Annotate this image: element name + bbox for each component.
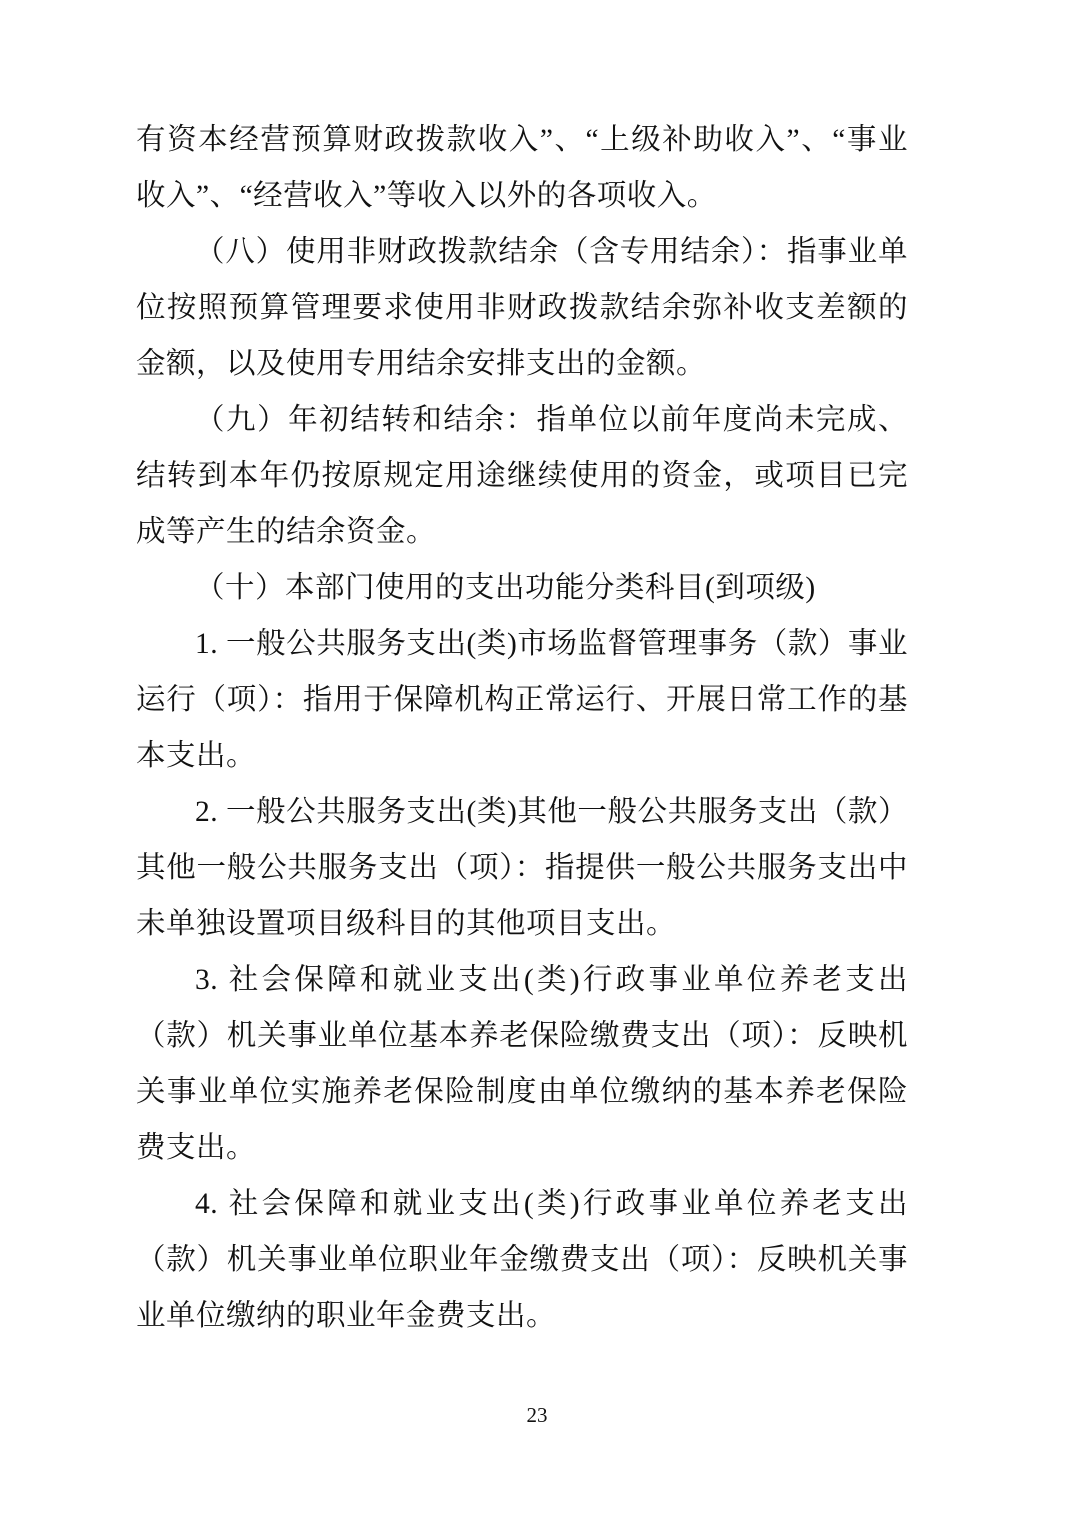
- paragraph: 3. 社会保障和就业支出(类)行政事业单位养老支出（款）机关事业单位基本养老保险…: [136, 952, 908, 1176]
- paragraph: 有资本经营预算财政拨款收入”、“上级补助收入”、“事业收入”、“经营收入”等收入…: [136, 112, 908, 224]
- paragraph: 1. 一般公共服务支出(类)市场监督管理事务（款）事业运行（项）：指用于保障机构…: [136, 616, 908, 784]
- document-page: 有资本经营预算财政拨款收入”、“上级补助收入”、“事业收入”、“经营收入”等收入…: [0, 0, 1074, 1520]
- paragraph: （九）年初结转和结余：指单位以前年度尚未完成、结转到本年仍按原规定用途继续使用的…: [136, 392, 908, 560]
- page-number: 23: [0, 1400, 1074, 1430]
- paragraph: （八）使用非财政拨款结余（含专用结余）：指事业单位按照预算管理要求使用非财政拨款…: [136, 224, 908, 392]
- paragraph: （十）本部门使用的支出功能分类科目(到项级): [136, 560, 908, 616]
- paragraph: 2. 一般公共服务支出(类)其他一般公共服务支出（款）其他一般公共服务支出（项）…: [136, 784, 908, 952]
- document-content: 有资本经营预算财政拨款收入”、“上级补助收入”、“事业收入”、“经营收入”等收入…: [136, 112, 908, 1344]
- paragraph: 4. 社会保障和就业支出(类)行政事业单位养老支出（款）机关事业单位职业年金缴费…: [136, 1176, 908, 1344]
